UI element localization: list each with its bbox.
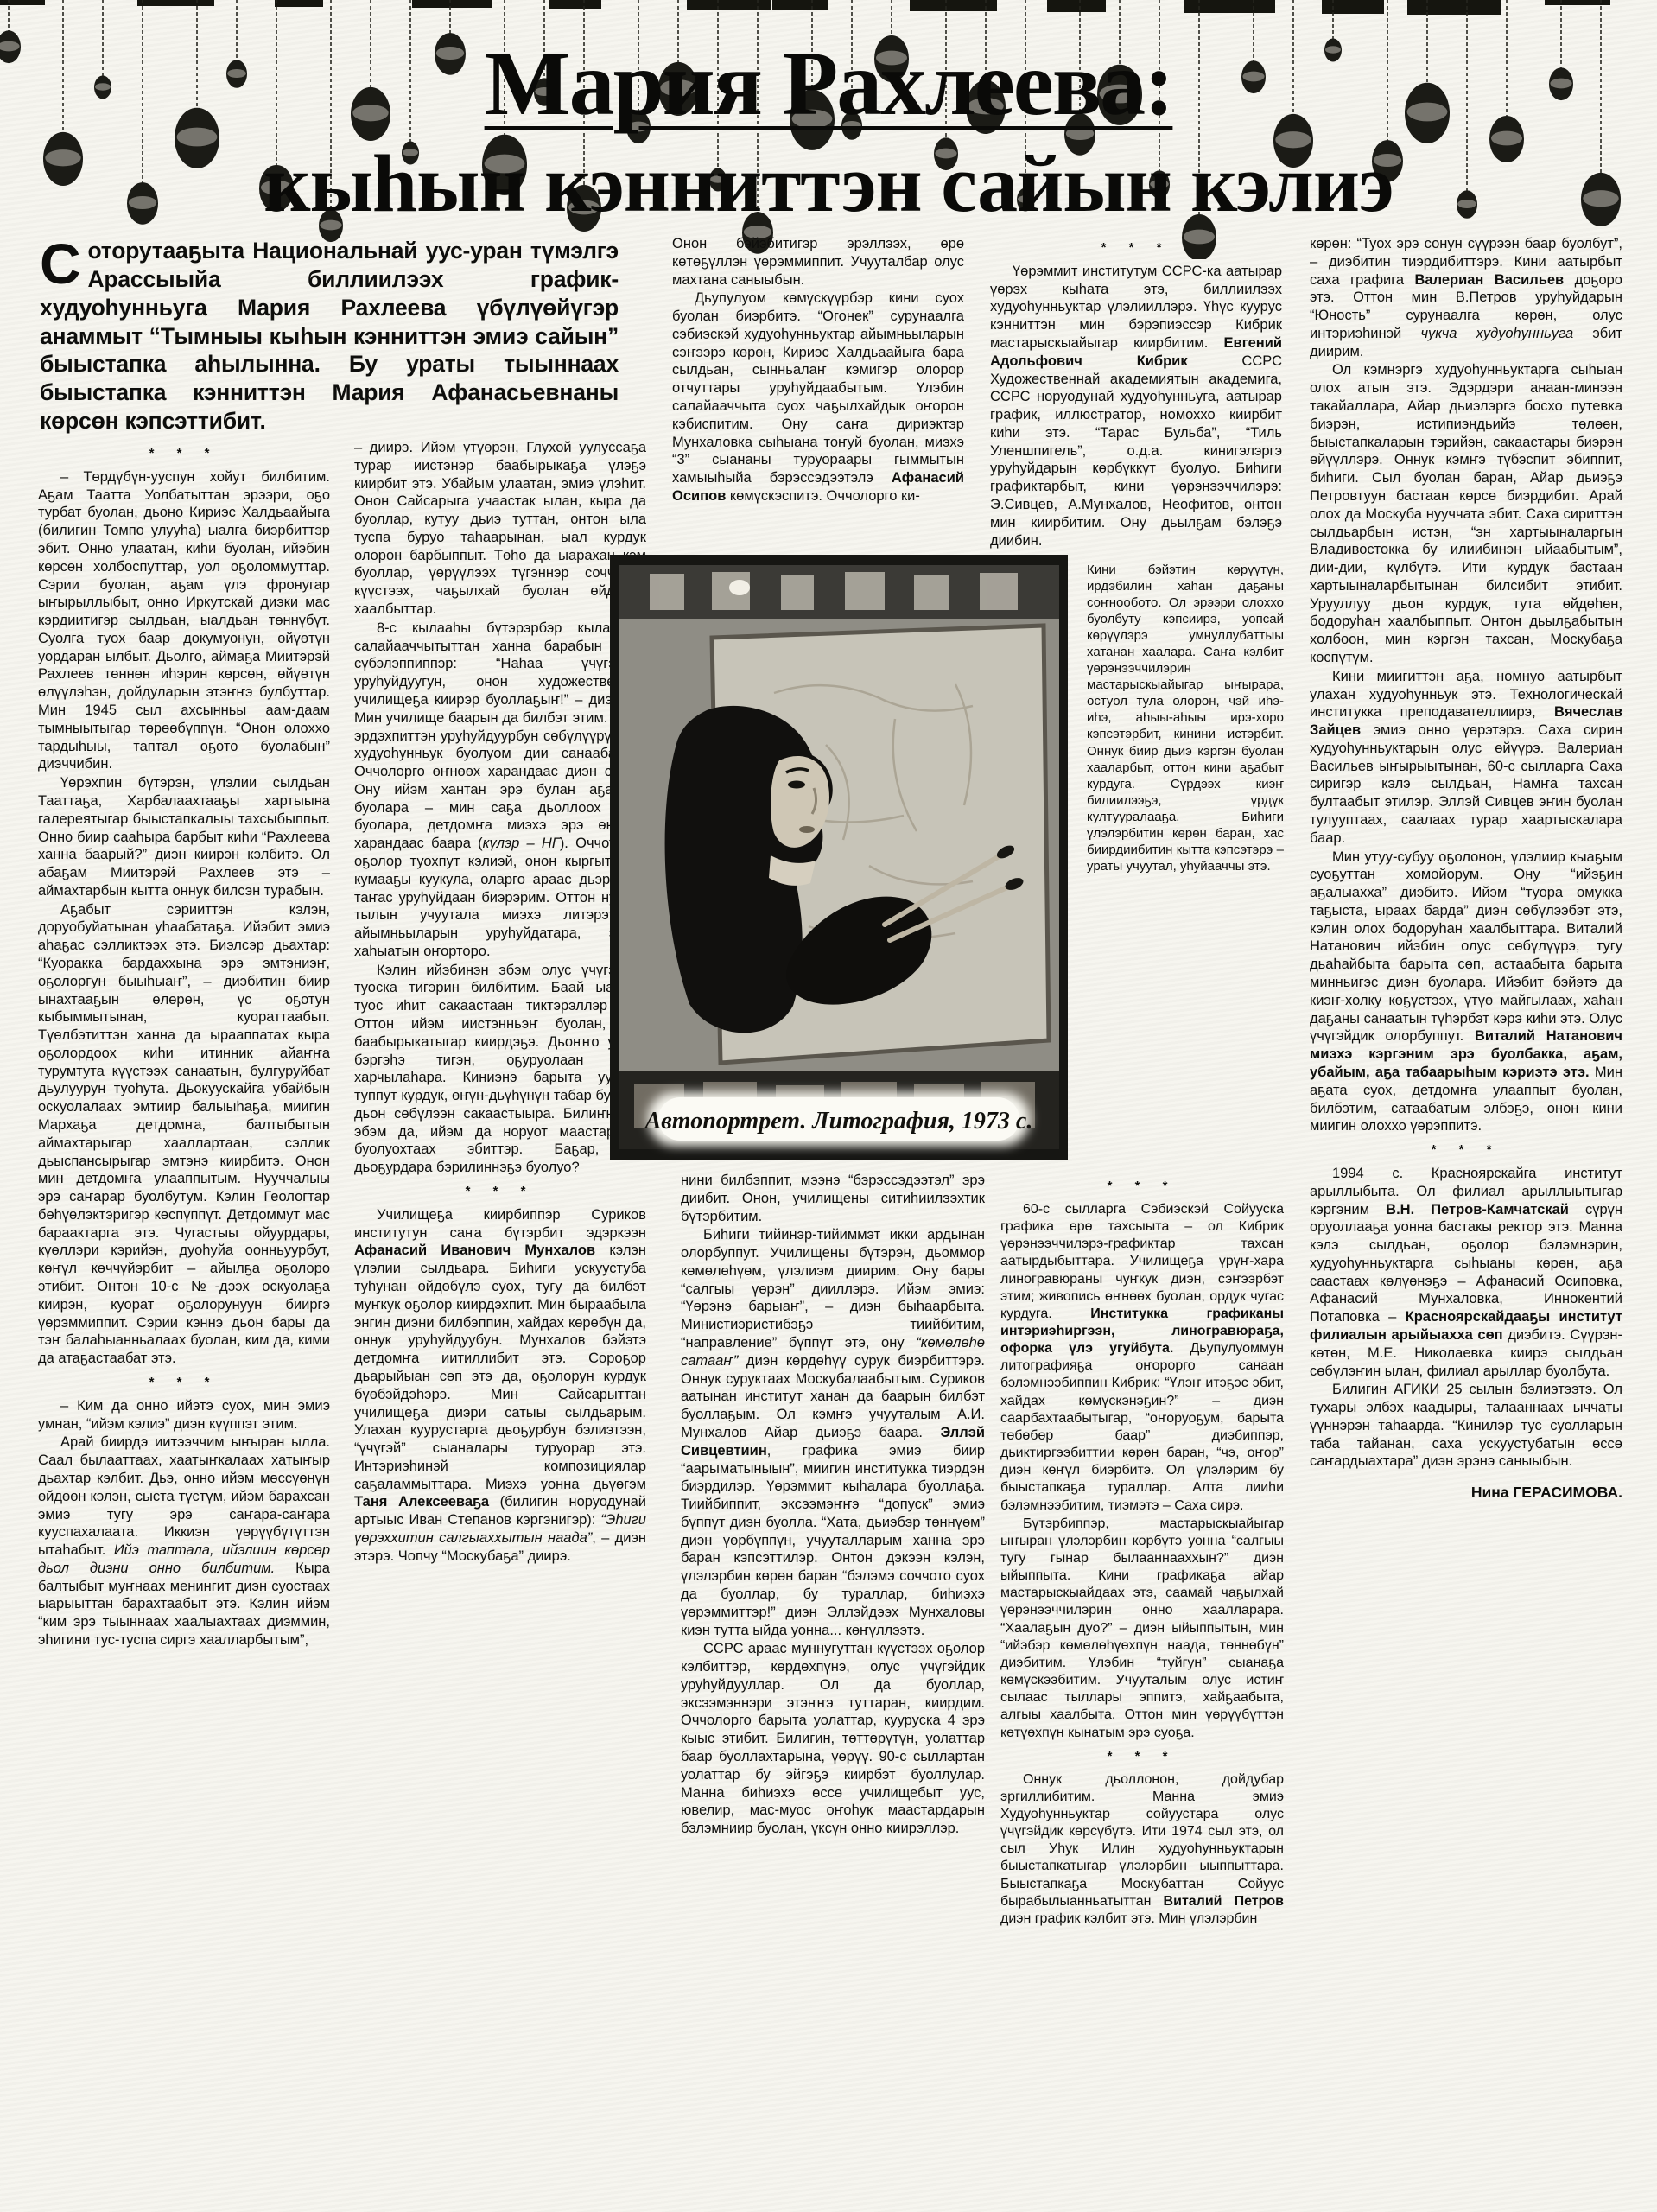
paragraph: Үөрэммит институтум ССРС-ка аатырар үөрэ… (990, 263, 1282, 550)
section-separator: * * * (990, 240, 1282, 257)
headline-line1: Мария Рахлеева: (0, 38, 1657, 130)
paragraph: Бүтэрбиппэр, мастарыскыайыгар ыҥыран үлэ… (1000, 1516, 1284, 1742)
paragraph: Дьупулуом көмүскүүрбэр кини суох буолан … (672, 289, 964, 505)
paragraph: Биһиги тийинэр-тийиммэт икки ардынан оло… (681, 1226, 985, 1639)
column-2: – диирэ. Ийэм үтүөрэн, Глухой уулуссаҕа … (354, 439, 646, 2209)
drop-cap: С (40, 240, 80, 287)
paragraph: Училищеҕа киирбиппэр Суриков институтун … (354, 1206, 646, 1566)
paragraph: Арай биирдэ иитээччим ыҥыран ылла. Саал … (38, 1433, 330, 1649)
paragraph: Кэлин ийэбинэн эбэм олус үчүгэйдик туоск… (354, 962, 646, 1177)
section-separator: * * * (38, 1375, 330, 1391)
paragraph: Мин утуу-субуу оҕолонон, үлэлиир кыаҕым … (1310, 849, 1622, 1136)
paragraph: – диирэ. Ийэм үтүөрэн, Глухой уулуссаҕа … (354, 439, 646, 619)
headline-line2: кыһын кэнниттэн сайын кэлиэ (0, 143, 1657, 225)
column-5: көрөн: “Туох эрэ сонун сүүрээн баар буол… (1310, 235, 1622, 2136)
paragraph: 60-с сылларга Сэбиэскэй Сойууска графика… (1000, 1201, 1284, 1515)
lead-paragraph: Соторутааҕыта Национальнай уус-уран түмэ… (40, 237, 619, 435)
paragraph: Билигин АГИКИ 25 сылын бэлиэтээтэ. Ол ту… (1310, 1381, 1622, 1471)
section-separator: * * * (1000, 1749, 1284, 1765)
column-3-bottom: нини билбэппит, мээнэ “бэрэссэдээтэл” эр… (681, 1172, 985, 2146)
paragraph: нини билбэппит, мээнэ “бэрэссэдээтэл” эр… (681, 1172, 985, 1225)
paragraph: Оннук дьоллонон, дойдубар эргиллибитим. … (1000, 1771, 1284, 1928)
section-separator: * * * (38, 446, 330, 462)
paragraph: Онон бэйэбитигэр эрэллээх, өрө көтөҕүллэ… (672, 235, 964, 289)
paragraph: Ол кэмнэргэ худуоһунньуктарга сыһыан оло… (1310, 361, 1622, 666)
paragraph: ССРС араас муннугуттан күүстээх оҕолор к… (681, 1640, 985, 1838)
paragraph: Нина ГЕРАСИМОВА. (1310, 1483, 1622, 1502)
paragraph: Аҕабыт сэрииттэн кэлэн, доруобуйатынан у… (38, 901, 330, 1368)
paragraph: Кини бэйэтин көрүүтүн, ирдэбилин хаһан д… (1087, 562, 1284, 874)
paragraph: – Ким да онно ийэтэ суох, мин эмиэ умнан… (38, 1397, 330, 1433)
paragraph: 1994 с. Красноярскайга институт арыллыбы… (1310, 1165, 1622, 1380)
paragraph: 8-с кылааһы бүтэрэрбэр кылааһым салайаач… (354, 620, 646, 961)
newspaper-page: Мария Рахлеева: кыһын кэнниттэн сайын кэ… (0, 0, 1657, 2212)
column-4-top: * * *Үөрэммит институтум ССРС-ка аатырар… (990, 233, 1282, 553)
section-separator: * * * (1000, 1179, 1284, 1195)
paragraph: – Төрдүбүн-ууспун хойут билбитим. Аҕам Т… (38, 468, 330, 773)
paragraph: Үөрэхпин бүтэрэн, үлэлии сылдьан Тааттаҕ… (38, 774, 330, 899)
section-separator: * * * (354, 1184, 646, 1200)
column-4-beside-image: Кини бэйэтин көрүүтүн, ирдэбилин хаһан д… (1087, 562, 1284, 1163)
column-4-bottom: * * *60-с сылларга Сэбиэскэй Сойууска гр… (1000, 1172, 1284, 2212)
self-portrait-image: Автопортрет. Литография, 1973 с. (610, 555, 1068, 1160)
photo-caption: Автопортрет. Литография, 1973 с. (644, 1108, 1033, 1135)
paragraph: Кини миигиттэн аҕа, номнуо аатырбыт улах… (1310, 668, 1622, 848)
column-3-top: Онон бэйэбитигэр эрэллээх, өрө көтөҕүллэ… (672, 235, 964, 556)
column-1: * * *– Төрдүбүн-ууспун хойут билбитим. А… (38, 439, 330, 2209)
section-separator: * * * (1310, 1142, 1622, 1159)
paragraph: көрөн: “Туох эрэ сонун сүүрээн баар буол… (1310, 235, 1622, 360)
lead-text: оторутааҕыта Национальнай уус-уран түмэл… (40, 238, 619, 434)
